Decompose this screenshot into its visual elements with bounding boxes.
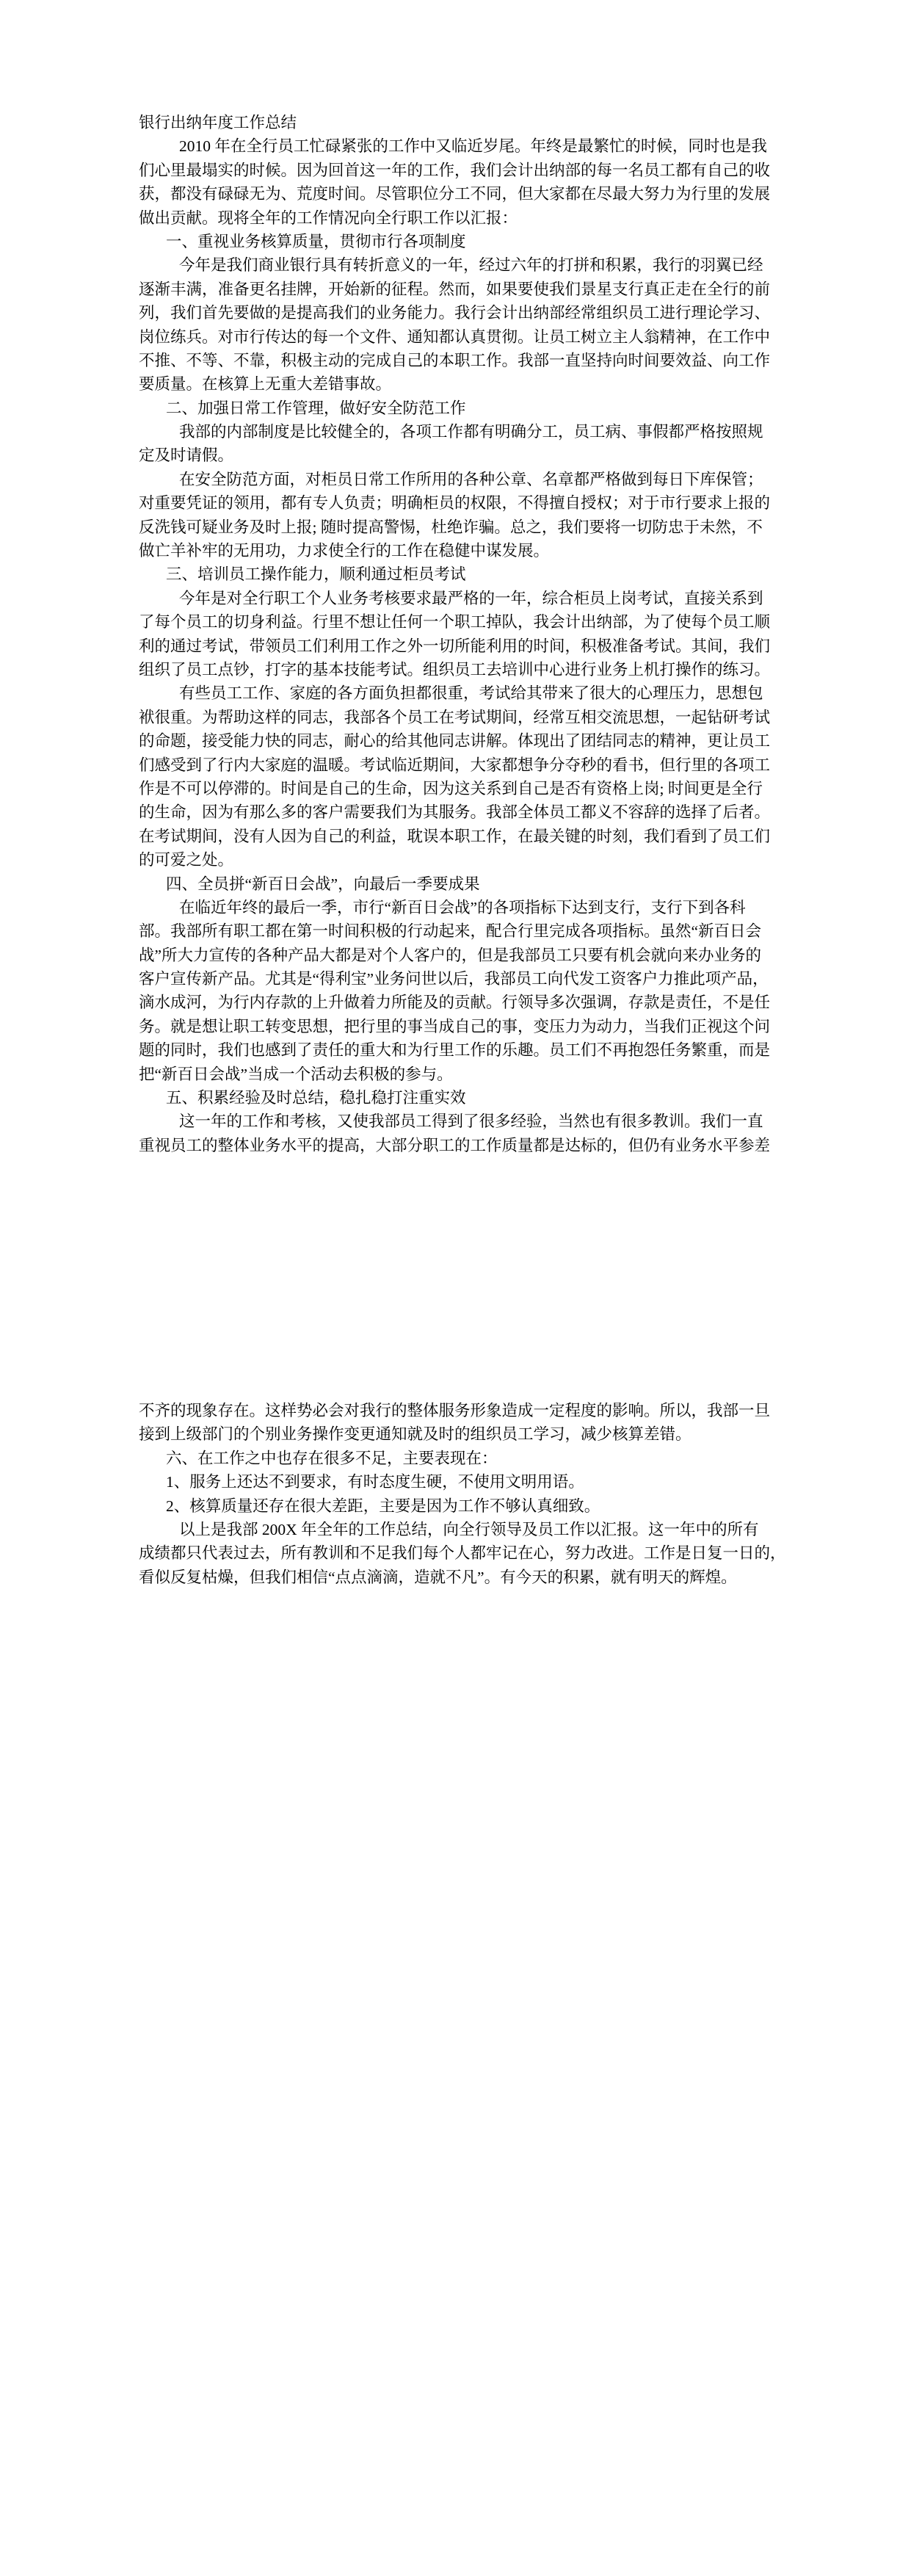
text-line: 一、重视业务核算质量，贯彻市行各项制度 bbox=[139, 230, 774, 253]
text-line: 务。就是想让职工转变思想，把行里的事当成自己的事，变压力为动力，当我们正视这个问 bbox=[139, 1015, 774, 1038]
text-line: 的命题，接受能力快的同志，耐心的给其他同志讲解。体现出了团结同志的精神，更让员工 bbox=[139, 729, 774, 753]
text-line: 四、全员拼“新百日会战”，向最后一季要成果 bbox=[139, 872, 774, 896]
text-line: 今年是对全行职工个人业务考核要求最严格的一年，综合柜员上岗考试，直接关系到 bbox=[139, 587, 774, 610]
text-line: 接到上级部门的个别业务操作变更通知就及时的组织员工学习，减少核算差错。 bbox=[139, 1422, 774, 1446]
text-line: 五、积累经验及时总结，稳扎稳打注重实效 bbox=[139, 1086, 774, 1110]
text-line: 部。我部所有职工都在第一时间积极的行动起来，配合行里完成各项指标。虽然“新百日会 bbox=[139, 919, 774, 943]
text-line: 二、加强日常工作管理，做好安全防范工作 bbox=[139, 397, 774, 420]
text-line: 作是不可以停滞的。时间是自己的生命，因为这关系到自己是否有资格上岗; 时间更是全… bbox=[139, 777, 774, 800]
text-line: 在安全防范方面，对柜员日常工作所用的各种公章、名章都严格做到每日下库保管； bbox=[139, 468, 774, 491]
text-line: 岗位练兵。对市行传达的每一个文件、通知都认真贯彻。让员工树立主人翁精神，在工作中 bbox=[139, 325, 774, 349]
page-1-content: 银行出纳年度工作总结 2010 年在全行员工忙碌紧张的工作中又临近岁尾。年终是最… bbox=[139, 111, 774, 1157]
text-line: 做出贡献。现将全年的工作情况向全行职工作以汇报： bbox=[139, 206, 774, 230]
text-line: 要质量。在核算上无重大差错事故。 bbox=[139, 372, 774, 396]
text-line: 对重要凭证的领用，都有专人负责；明确柜员的权限，不得擅自授权；对于市行要求上报的 bbox=[139, 491, 774, 515]
text-line: 袱很重。为帮助这样的同志，我部各个员工在考试期间，经常互相交流思想，一起钻研考试 bbox=[139, 706, 774, 729]
text-line: 三、培训员工操作能力，顺利通过柜员考试 bbox=[139, 562, 774, 586]
text-line: 2、核算质量还存在很大差距，主要是因为工作不够认真细致。 bbox=[139, 1494, 774, 1518]
text-line: 利的通过考试，带领员工们利用工作之外一切所能利用的时间，积极准备考试。其间，我们 bbox=[139, 634, 774, 658]
page-2-content: 不齐的现象存在。这样势必会对我行的整体服务形象造成一定程度的影响。所以，我部一旦… bbox=[139, 1399, 774, 1589]
text-line: 看似反复枯燥，但我们相信“点点滴滴，造就不凡”。有今天的积累，就有明天的辉煌。 bbox=[139, 1566, 774, 1589]
text-line: 组织了员工点钞，打字的基本技能考试。组织员工去培训中心进行业务上机打操作的练习。 bbox=[139, 658, 774, 681]
text-line: 们心里最塌实的时候。因为回首这一年的工作，我们会计出纳部的每一名员工都有自己的收 bbox=[139, 159, 774, 182]
text-line: 我部的内部制度是比较健全的，各项工作都有明确分工，员工病、事假都严格按照规 bbox=[139, 420, 774, 444]
page-1: 银行出纳年度工作总结 2010 年在全行员工忙碌紧张的工作中又临近岁尾。年终是最… bbox=[0, 0, 911, 1288]
text-line: 在临近年终的最后一季，市行“新百日会战”的各项指标下达到支行，支行下到各科 bbox=[139, 896, 774, 919]
text-line: 了每个员工的切身利益。行里不想让任何一个职工掉队，我会计出纳部，为了使每个员工顺 bbox=[139, 610, 774, 634]
text-line: 2010 年在全行员工忙碌紧张的工作中又临近岁尾。年终是最繁忙的时候，同时也是我 bbox=[139, 134, 774, 158]
page-2: 不齐的现象存在。这样势必会对我行的整体服务形象造成一定程度的影响。所以，我部一旦… bbox=[0, 1288, 911, 2576]
document-title: 银行出纳年度工作总结 bbox=[139, 111, 774, 134]
text-line: 六、在工作之中也存在很多不足，主要表现在： bbox=[139, 1447, 774, 1470]
text-line: 反洗钱可疑业务及时上报; 随时提高警惕，杜绝诈骗。总之，我们要将一切防忠于未然，… bbox=[139, 515, 774, 539]
text-line: 的生命，因为有那么多的客户需要我们为其服务。我部全体员工都义不容辞的选择了后者。 bbox=[139, 800, 774, 824]
text-line: 成绩都只代表过去，所有教训和不足我们每个人都牢记在心，努力改进。工作是日复一日的… bbox=[139, 1541, 774, 1565]
text-line: 题的同时，我们也感到了责任的重大和为行里工作的乐趣。员工们不再抱怨任务繁重，而是 bbox=[139, 1038, 774, 1062]
text-line: 客户宣传新产品。尤其是“得利宝”业务问世以后，我部员工向代发工资客户力推此项产品… bbox=[139, 967, 774, 991]
text-line: 滴水成河，为行内存款的上升做着力所能及的贡献。行领导多次强调，存款是责任，不是任 bbox=[139, 991, 774, 1014]
text-line: 获，都没有碌碌无为、荒度时间。尽管职位分工不同，但大家都在尽最大努力为行里的发展 bbox=[139, 182, 774, 206]
text-line: 把“新百日会战”当成一个活动去积极的参与。 bbox=[139, 1063, 774, 1086]
text-line: 以上是我部 200X 年全年的工作总结，向全行领导及员工作以汇报。这一年中的所有 bbox=[139, 1518, 774, 1541]
text-line: 战”所大力宣传的各种产品大都是对个人客户的，但是我部员工只要有机会就向来办业务的 bbox=[139, 944, 774, 967]
text-line: 不齐的现象存在。这样势必会对我行的整体服务形象造成一定程度的影响。所以，我部一旦 bbox=[139, 1399, 774, 1422]
text-line: 今年是我们商业银行具有转折意义的一年，经过六年的打拼和积累，我行的羽翼已经 bbox=[139, 253, 774, 277]
text-line: 们感受到了行内大家庭的温暖。考试临近期间，大家都想争分夺秒的看书，但行里的各项工 bbox=[139, 753, 774, 777]
text-line: 重视员工的整体业务水平的提高，大部分职工的工作质量都是达标的，但仍有业务水平参差 bbox=[139, 1134, 774, 1157]
text-line: 不推、不等、不靠，积极主动的完成自己的本职工作。我部一直坚持向时间要效益、向工作 bbox=[139, 349, 774, 372]
text-line: 这一年的工作和考核，又使我部员工得到了很多经验，当然也有很多教训。我们一直 bbox=[139, 1110, 774, 1133]
text-line: 列，我们首先要做的是提高我们的业务能力。我行会计出纳部经常组织员工进行理论学习、 bbox=[139, 301, 774, 325]
text-line: 逐渐丰满，准备更名挂牌，开始新的征程。然而，如果要使我们景星支行真正走在全行的前 bbox=[139, 278, 774, 301]
text-line: 做亡羊补牢的无用功，力求使全行的工作在稳健中谋发展。 bbox=[139, 539, 774, 562]
text-line: 定及时请假。 bbox=[139, 444, 774, 467]
text-line: 1、服务上还达不到要求，有时态度生硬，不使用文明用语。 bbox=[139, 1470, 774, 1494]
document: 银行出纳年度工作总结 2010 年在全行员工忙碌紧张的工作中又临近岁尾。年终是最… bbox=[0, 0, 911, 2576]
text-line: 在考试期间，没有人因为自己的利益，耽误本职工作，在最关键的时刻，我们看到了员工们 bbox=[139, 825, 774, 848]
text-line: 有些员工工作、家庭的各方面负担都很重，考试给其带来了很大的心理压力，思想包 bbox=[139, 681, 774, 705]
text-line: 的可爱之处。 bbox=[139, 848, 774, 872]
